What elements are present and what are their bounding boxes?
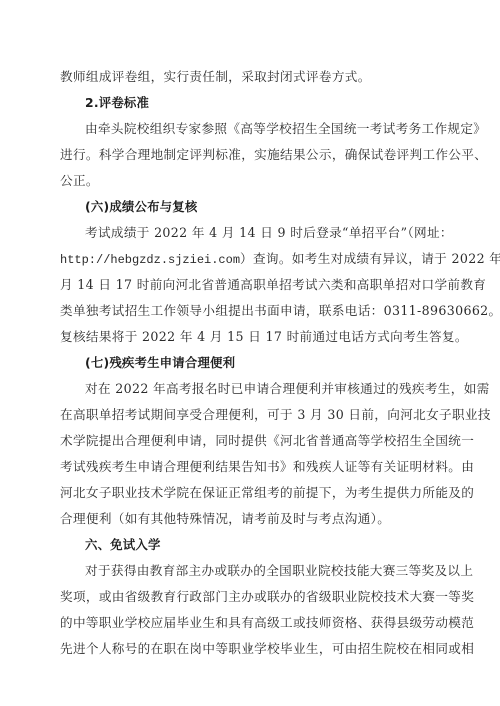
paragraph-line: 类单独考试招生工作领导小组提出书面申请，联系电话：0311-89630662。 — [60, 298, 441, 324]
website-url-link[interactable]: http://hebgzdz.sjziei.com — [60, 253, 240, 267]
document-page: 教师组成评卷组，实行责任制，采取封闭式评卷方式。 2.评卷标准 由牵头院校组织专… — [60, 64, 441, 662]
paragraph-line: 复核结果将于 2022 年 4 月 15 日 17 时前通过电话方式向考生答复。 — [60, 324, 441, 350]
paragraph-line: 的中等职业学校应届毕业生和具有高级工或技师资格、获得县级劳动模范 — [60, 610, 441, 636]
section-heading-score-release: (六)成绩公布与复核 — [60, 194, 441, 220]
paragraph-line: 对在 2022 年高考报名时已申请合理便利并审核通过的残疾考生，如需 — [60, 376, 441, 402]
paragraph-line: 奖项，或由省级教育行政部门主办或联办的省级职业院校技术大赛一等奖 — [60, 584, 441, 610]
paragraph-line: 月 14 日 17 时前向河北省普通高职单招考试六类和高职单招对口学前教育 — [60, 272, 441, 298]
paragraph-line: 进行。科学合理地制定评判标准，实施结果公示，确保试卷评判工作公平、 — [60, 142, 441, 168]
paragraph-line: 考试成绩于 2022 年 4 月 14 日 9 时后登录“单招平台”（网址： — [60, 220, 441, 246]
paragraph-text: ）查询。如考生对成绩有异议，请于 2022 年 4 — [240, 251, 500, 266]
paragraph-line: 考试残疾考生申请合理便利结果告知书》和残疾人证等有关证明材料。由 — [60, 454, 441, 480]
paragraph-line: 由牵头院校组织专家参照《高等学校招生全国统一考试考务工作规定》 — [60, 116, 441, 142]
paragraph-line: 对于获得由教育部主办或联办的全国职业院校技能大赛三等奖及以上 — [60, 558, 441, 584]
paragraph-line: 在高职单招考试期间享受合理便利，可于 3 月 30 日前，向河北女子职业技 — [60, 402, 441, 428]
paragraph-line: 术学院提出合理便利申请，同时提供《河北省普通高等学校招生全国统一 — [60, 428, 441, 454]
body-line: 教师组成评卷组，实行责任制，采取封闭式评卷方式。 — [60, 64, 441, 90]
section-heading-exam-exemption: 六、免试入学 — [60, 532, 441, 558]
paragraph-line: 合理便利（如有其他特殊情况，请考前及时与考点沟通）。 — [60, 506, 441, 532]
paragraph-line: 公正。 — [60, 168, 441, 194]
page-number: 9 — [0, 644, 500, 653]
paragraph-line-with-url: http://hebgzdz.sjziei.com）查询。如考生对成绩有异议，请… — [60, 246, 441, 272]
section-heading-grading-standard: 2.评卷标准 — [60, 90, 441, 116]
paragraph-line: 河北女子职业技术学院在保证正常组考的前提下，为考生提供力所能及的 — [60, 480, 441, 506]
section-heading-disabled-candidates: (七)残疾考生申请合理便利 — [60, 350, 441, 376]
